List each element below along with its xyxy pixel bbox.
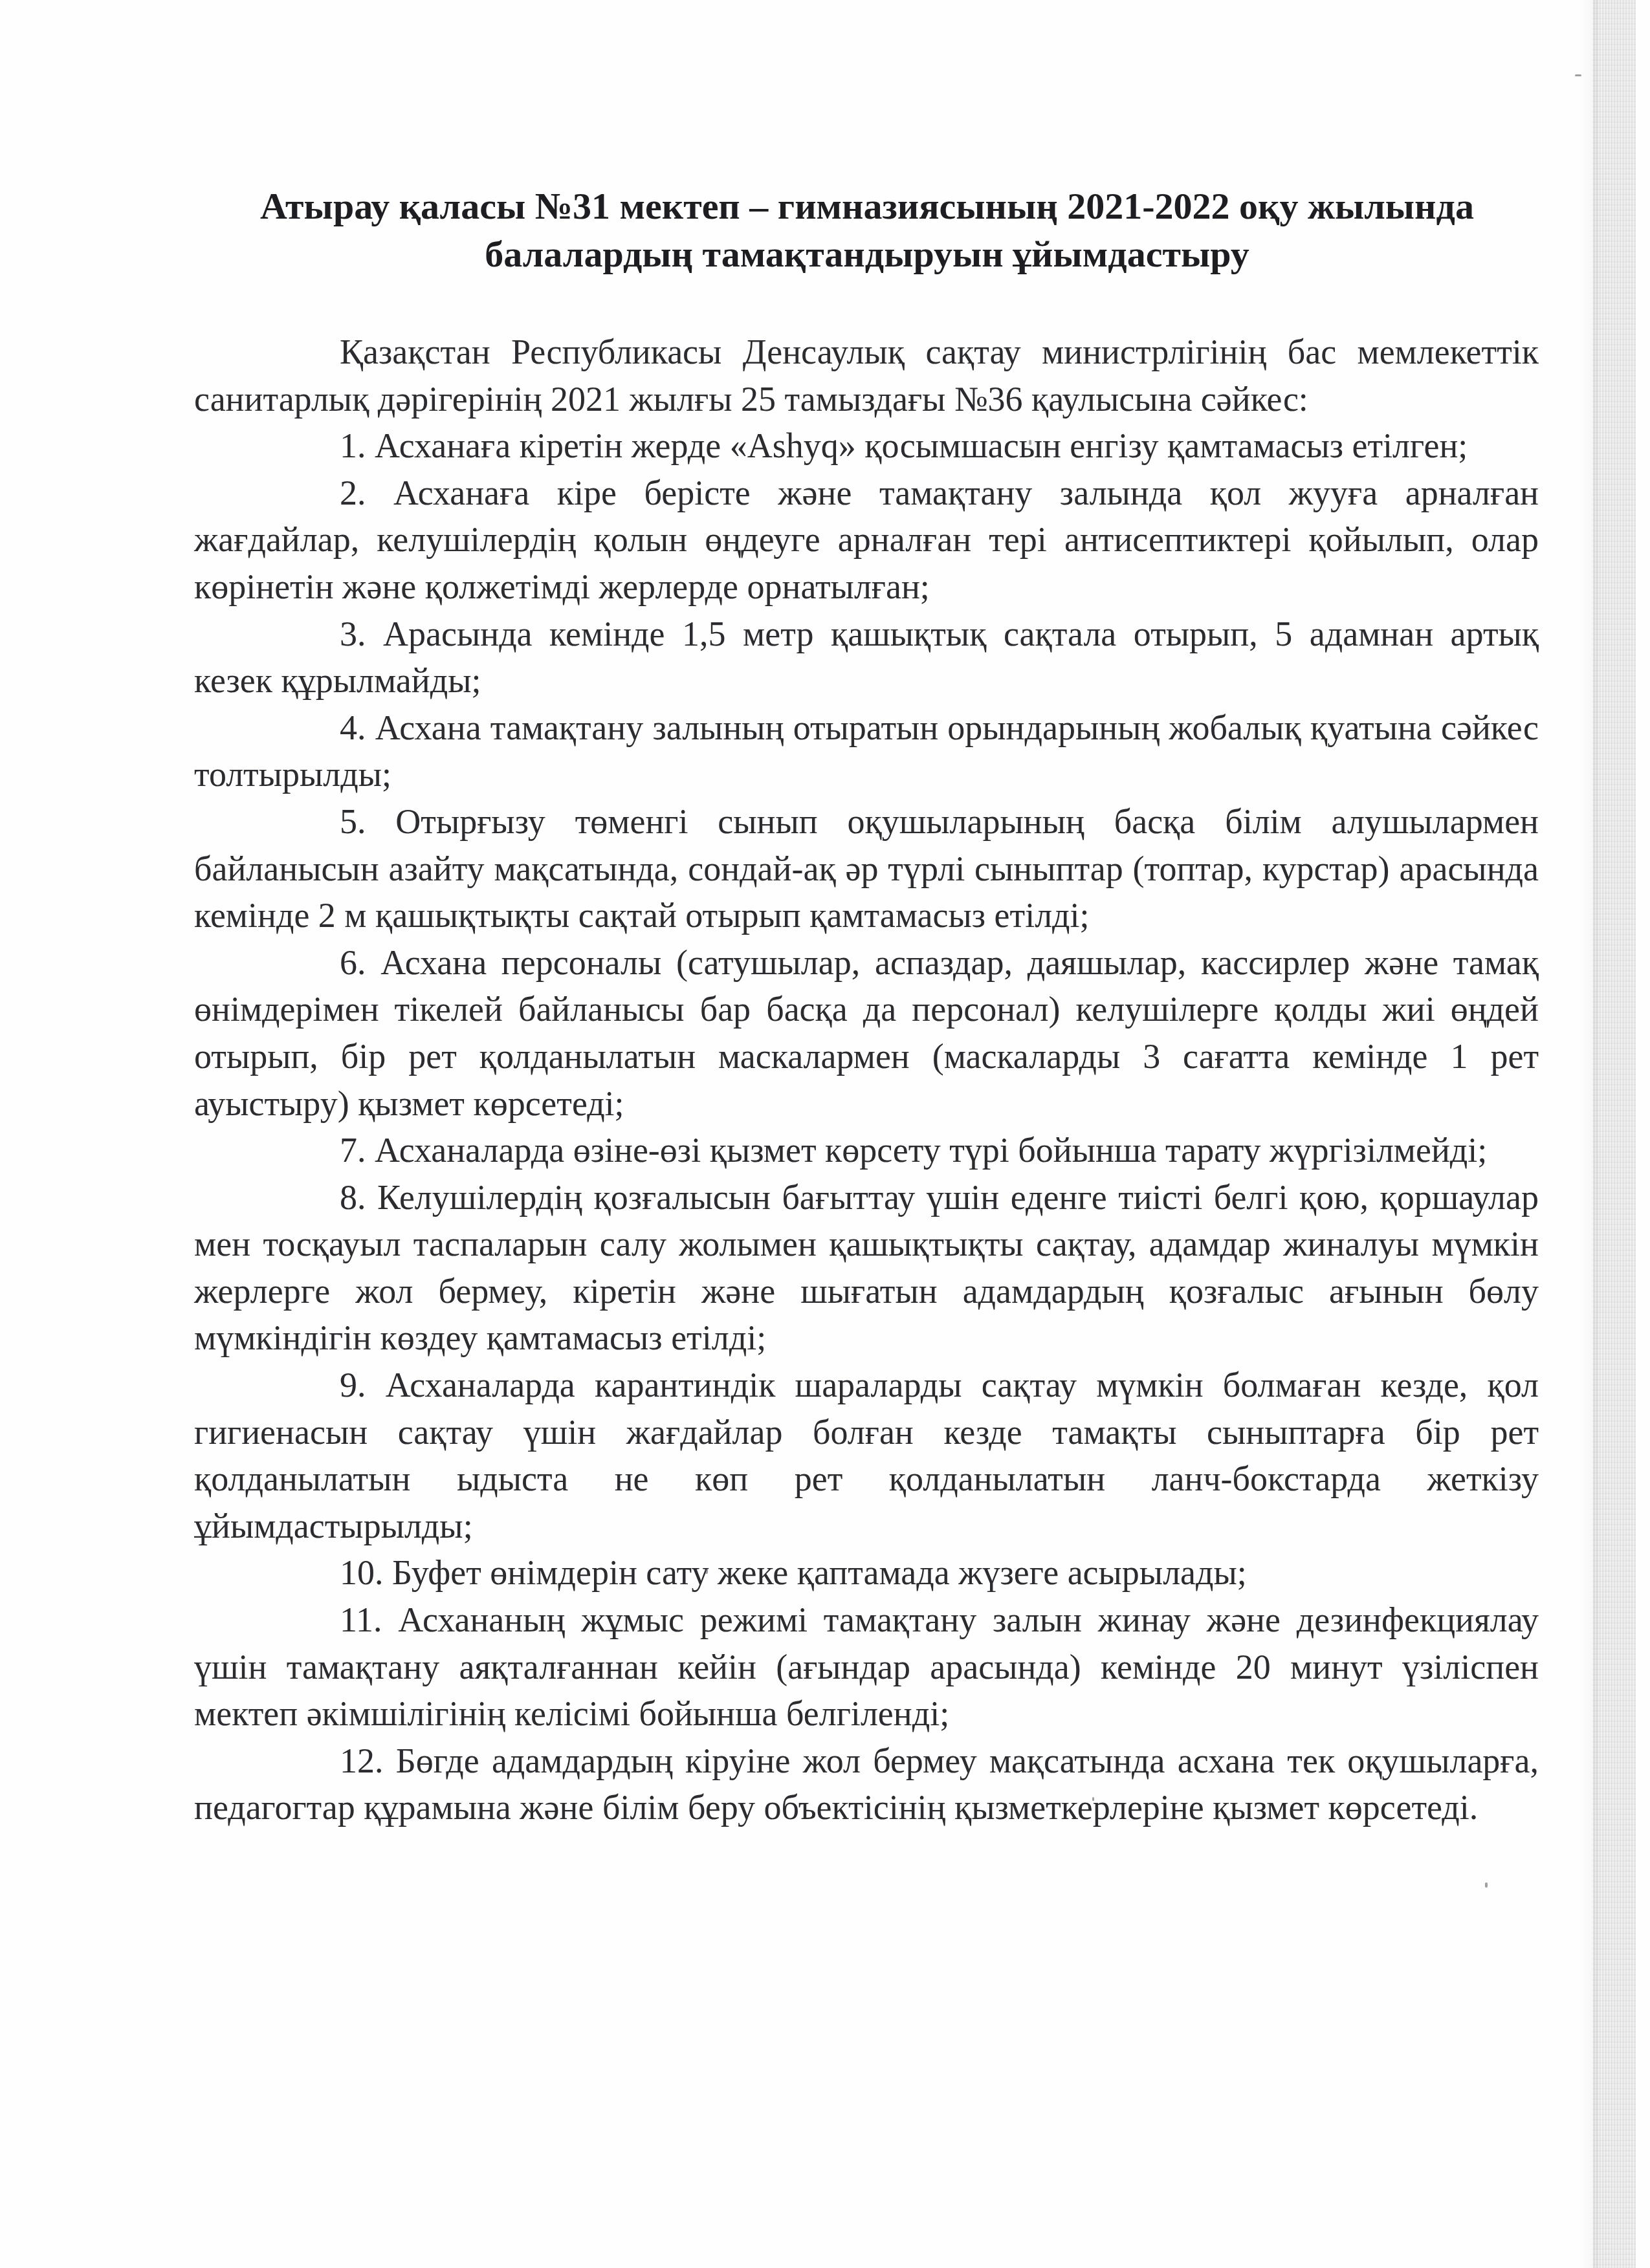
list-item-10: 10. Буфет өнімдерін сату жеке қаптамада … <box>194 1549 1539 1597</box>
list-item-6: 6. Асхана персоналы (сатушылар, аспаздар… <box>194 939 1539 1127</box>
list-item-1: 1. Асханаға кіретін жерде «Ashyq» қосымш… <box>194 422 1539 470</box>
list-item-7: 7. Асханаларда өзіне-өзі қызмет көрсету … <box>194 1127 1539 1174</box>
item-text: Асханаларда өзіне-өзі қызмет көрсету түр… <box>375 1131 1487 1170</box>
item-number: 12. <box>340 1741 384 1780</box>
intro-paragraph: Қазақстан Республикасы Денсаулық сақтау … <box>194 329 1539 422</box>
scan-speck <box>1575 74 1581 76</box>
item-text: Асхананың жұмыс режимі тамақтану залын ж… <box>194 1600 1539 1733</box>
item-text: Асханаларда карантиндік шараларды сақтау… <box>194 1366 1539 1545</box>
item-text: Асханаға кіретін жерде «Ashyq» қосымшасы… <box>375 426 1468 465</box>
list-item-11: 11. Асхананың жұмыс режимі тамақтану зал… <box>194 1597 1539 1738</box>
list-item-2: 2. Асханаға кіре берісте және тамақтану … <box>194 470 1539 611</box>
scan-speck <box>1029 440 1031 445</box>
item-number: 6. <box>340 943 366 982</box>
scan-speck <box>1092 1797 1094 1801</box>
item-text: Арасында кемінде 1,5 метр қашықтық сақта… <box>194 615 1539 701</box>
item-text: Келушілердің қозғалысын бағыттау үшін ед… <box>194 1178 1539 1358</box>
scan-speck <box>1485 1882 1488 1888</box>
item-number: 7. <box>340 1131 366 1170</box>
item-number: 1. <box>340 426 366 465</box>
item-number: 10. <box>340 1553 384 1592</box>
item-text: Бөгде адамдардың кіруіне жол бермеу мақс… <box>194 1741 1539 1827</box>
list-item-8: 8. Келушілердің қозғалысын бағыттау үшін… <box>194 1174 1539 1362</box>
title-line-1: Атырау қаласы №31 мектеп – гимназиясының… <box>194 182 1540 230</box>
item-text: Асхана тамақтану залының отыратын орында… <box>194 708 1539 794</box>
list-item-5: 5. Отырғызу төменгі сынып оқушыларының б… <box>194 798 1539 939</box>
item-number: 4. <box>340 708 366 747</box>
item-number: 5. <box>340 802 366 841</box>
item-number: 11. <box>340 1600 382 1639</box>
item-text: Асханаға кіре берісте және тамақтану зал… <box>194 474 1539 606</box>
scan-edge-noise <box>1593 0 1636 2268</box>
scan-speck <box>705 1569 708 1574</box>
document-body: Қазақстан Республикасы Денсаулық сақтау … <box>194 329 1539 1831</box>
item-number: 9. <box>340 1366 366 1404</box>
item-text: Асхана персоналы (сатушылар, аспаздар, д… <box>194 943 1539 1123</box>
item-text: Буфет өнімдерін сату жеке қаптамада жүзе… <box>392 1553 1247 1592</box>
item-text: Отырғызу төменгі сынып оқушыларының басқ… <box>194 802 1539 935</box>
list-item-9: 9. Асханаларда карантиндік шараларды сақ… <box>194 1362 1539 1549</box>
list-item-3: 3. Арасында кемінде 1,5 метр қашықтық са… <box>194 611 1539 704</box>
item-number: 3. <box>340 615 366 653</box>
title-line-2: балалардың тамақтандыруын ұйымдастыру <box>194 230 1540 278</box>
list-item-12: 12. Бөгде адамдардың кіруіне жол бермеу … <box>194 1738 1539 1831</box>
item-number: 2. <box>340 474 366 512</box>
item-number: 8. <box>340 1178 366 1217</box>
list-item-4: 4. Асхана тамақтану залының отыратын оры… <box>194 704 1539 798</box>
document-title: Атырау қаласы №31 мектеп – гимназиясының… <box>194 182 1540 278</box>
scanned-page: Атырау қаласы №31 мектеп – гимназиясының… <box>0 0 1650 2268</box>
